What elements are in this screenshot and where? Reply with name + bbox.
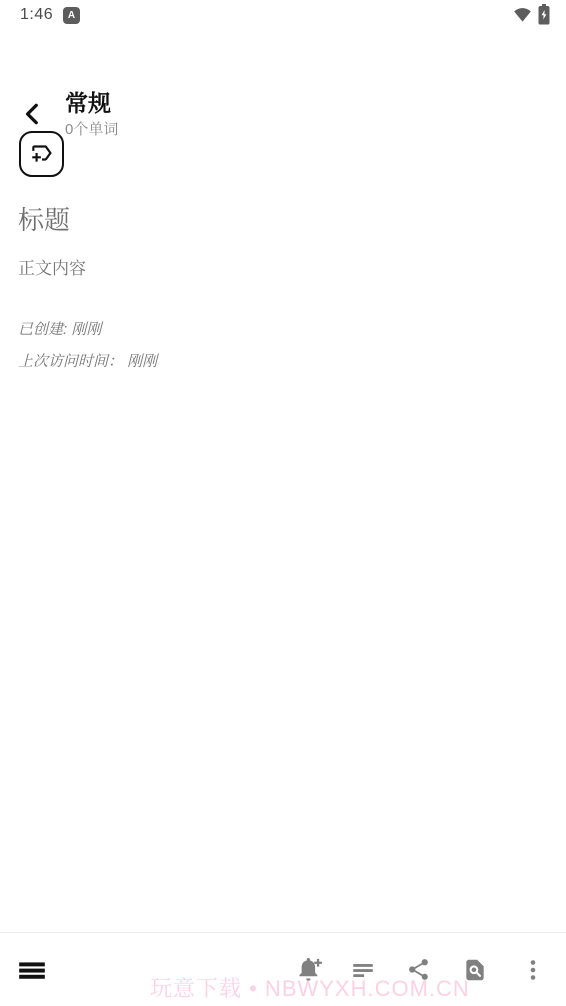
menu-button[interactable] bbox=[10, 948, 54, 992]
header: 常规 0个单词 bbox=[0, 40, 566, 120]
three-dot-menu-icon bbox=[521, 958, 545, 982]
last-accessed-timestamp: 上次访问时间： 刚刚 bbox=[18, 350, 157, 371]
find-in-note-button[interactable] bbox=[453, 948, 497, 992]
bottom-toolbar bbox=[0, 932, 566, 1006]
add-reminder-button[interactable] bbox=[287, 948, 331, 992]
share-icon bbox=[406, 957, 431, 982]
back-button[interactable] bbox=[14, 96, 52, 134]
add-label-button[interactable] bbox=[19, 131, 64, 177]
word-count: 0个单词 bbox=[65, 118, 118, 139]
status-bar: 1:46 A bbox=[0, 0, 566, 30]
overflow-menu-button[interactable] bbox=[511, 948, 555, 992]
battery-charging-icon bbox=[538, 4, 550, 30]
share-button[interactable] bbox=[396, 948, 440, 992]
note-title-input[interactable]: 标题 bbox=[18, 200, 538, 237]
notes-lines-icon bbox=[350, 957, 376, 983]
created-timestamp: 已创建: 刚刚 bbox=[18, 318, 101, 339]
status-icons bbox=[513, 4, 550, 30]
bell-add-icon bbox=[296, 956, 323, 983]
notes-button[interactable] bbox=[341, 948, 385, 992]
back-chevron-icon bbox=[20, 101, 46, 130]
status-time: 1:46 bbox=[20, 6, 53, 24]
note-body-input[interactable]: 正文内容 bbox=[18, 254, 538, 279]
page-title: 常规 bbox=[65, 85, 111, 118]
document-search-icon bbox=[462, 957, 488, 983]
hamburger-menu-icon bbox=[18, 956, 46, 984]
wifi-icon bbox=[513, 5, 532, 29]
new-label-icon bbox=[29, 140, 55, 169]
notification-app-icon: A bbox=[63, 7, 80, 24]
